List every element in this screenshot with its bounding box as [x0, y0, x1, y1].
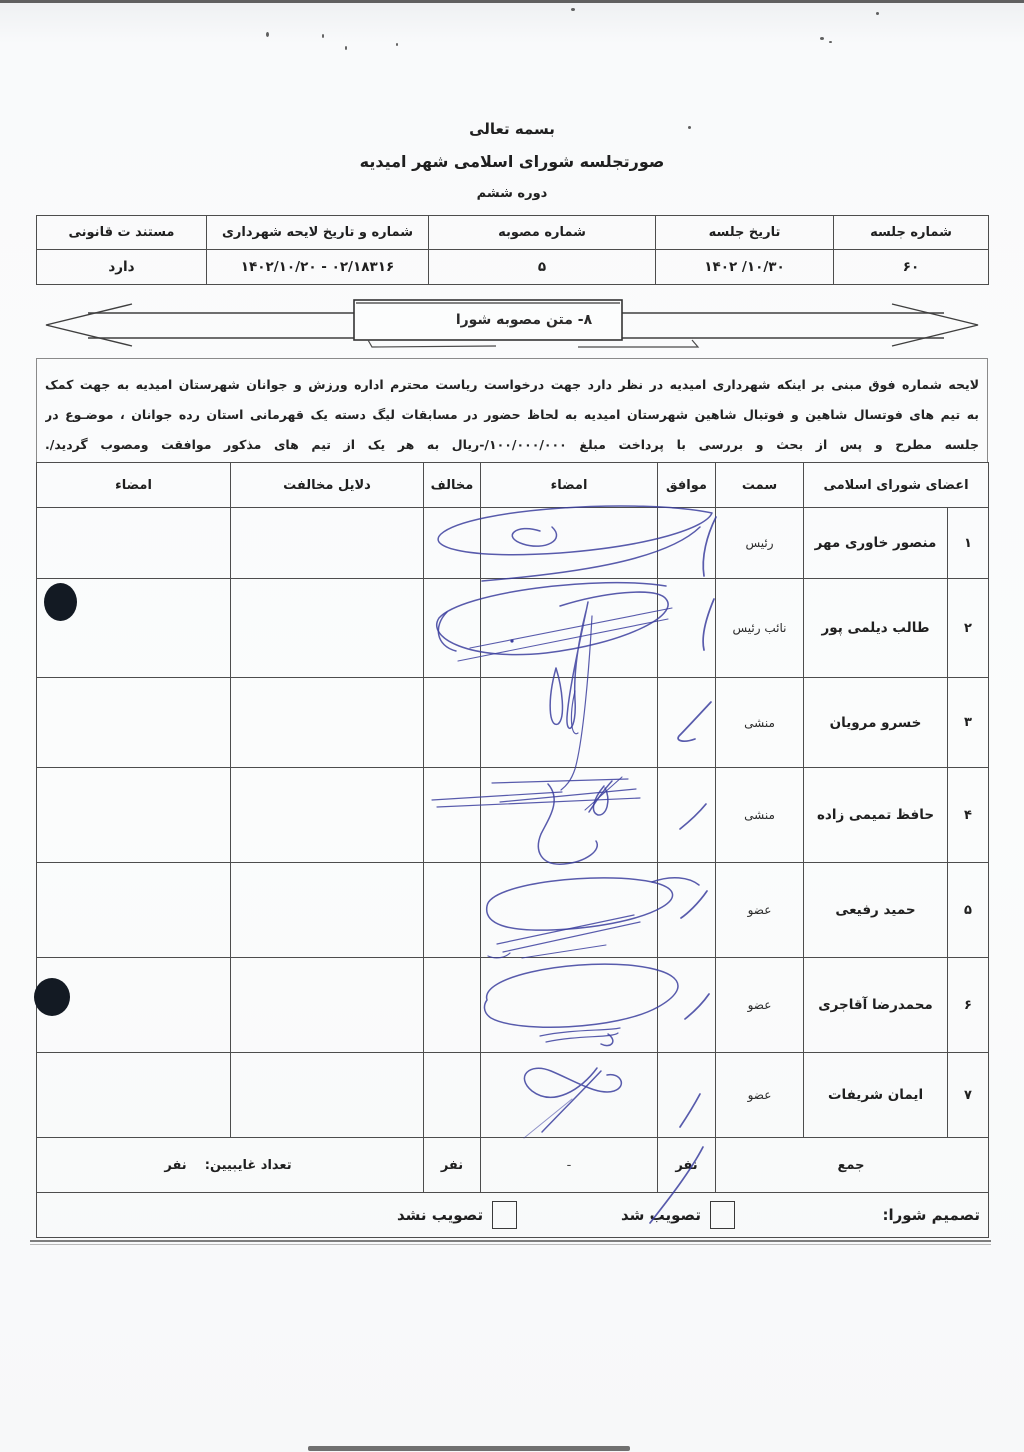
- member-role: عضو: [716, 863, 804, 958]
- member-name: ایمان شریفات: [804, 1053, 948, 1138]
- oppose-cell: [424, 863, 481, 958]
- oppose-reasons-cell: [231, 1053, 424, 1138]
- legal-basis-header: مستند ت قانونی: [37, 216, 207, 250]
- signature-dash: -: [481, 1138, 658, 1193]
- member-number: ۷: [948, 1053, 989, 1138]
- rejected-text: تصویب نشد: [397, 1201, 483, 1229]
- approved-option: تصویب شد: [621, 1201, 735, 1229]
- resolution-number-value: ۵: [429, 250, 656, 285]
- member-row-5: ۵ حمید رفیعی عضو: [37, 863, 989, 958]
- member-role: منشی: [716, 678, 804, 768]
- oppose-reasons-cell: [231, 508, 424, 579]
- member-number: ۲: [948, 579, 989, 678]
- oppose-header: مخالف: [424, 463, 481, 508]
- agree-count: نفر: [658, 1138, 716, 1193]
- rejected-option: تصویب نشد: [397, 1201, 517, 1229]
- agree-cell: [658, 768, 716, 863]
- member-number: ۶: [948, 958, 989, 1053]
- resolution-line-2: به تیم های فوتسال شاهین و فوتبال شاهین ش…: [45, 400, 979, 430]
- member-row-7: ۷ ایمان شریفات عضو: [37, 1053, 989, 1138]
- member-row-4: ۴ حافظ تمیمی زاده منشی: [37, 768, 989, 863]
- member-number: ۵: [948, 863, 989, 958]
- scan-artifact: [571, 8, 575, 11]
- member-role: عضو: [716, 958, 804, 1053]
- document-title: صورتجلسه شورای اسلامی شهر امیدیه: [0, 152, 1024, 171]
- session-date-header: تاریخ جلسه: [656, 216, 834, 250]
- member-row-3: ۳ خسرو مرویان منشی: [37, 678, 989, 768]
- oppose-reasons-cell: [231, 863, 424, 958]
- member-row-2: ۲ طالب دیلمی پور نائب رئیس: [37, 579, 989, 678]
- signature-cell: [481, 579, 658, 678]
- signature-cell: [481, 863, 658, 958]
- agree-cell: [658, 958, 716, 1053]
- oppose-count: نفر: [424, 1138, 481, 1193]
- agree-header: موافق: [658, 463, 716, 508]
- scan-artifact: [820, 37, 824, 40]
- approved-text: تصویب شد: [621, 1201, 701, 1229]
- signature-cell: [481, 1053, 658, 1138]
- punch-hole: [34, 978, 70, 1016]
- signature-header: امضاء: [481, 463, 658, 508]
- table-bottom-rule: [30, 1240, 991, 1242]
- oppose-reasons-cell: [231, 768, 424, 863]
- agree-cell: [658, 508, 716, 579]
- legal-basis-value: دارد: [37, 250, 207, 285]
- member-name: محمدرضا آقاجری: [804, 958, 948, 1053]
- document-subtitle: دوره ششم: [0, 186, 1024, 201]
- signature2-cell: [37, 508, 231, 579]
- signature2-cell: [37, 678, 231, 768]
- role-header: سمت: [716, 463, 804, 508]
- signature-cell: [481, 958, 658, 1053]
- member-name: حافظ تمیمی زاده: [804, 768, 948, 863]
- resolution-line-1: لایحه شماره فوق مبنی بر اینکه شهرداری ام…: [45, 370, 979, 400]
- member-number: ۴: [948, 768, 989, 863]
- member-role: عضو: [716, 1053, 804, 1138]
- resolution-line-3: جلسه مطرح و پس از بحث و بررسی با پرداخت …: [45, 430, 979, 460]
- oppose-cell: [424, 768, 481, 863]
- oppose-cell: [424, 678, 481, 768]
- member-row-1: ۱ منصور خاوری مهر رئیس: [37, 508, 989, 579]
- oppose-cell: [424, 579, 481, 678]
- oppose-reasons-cell: [231, 579, 424, 678]
- signature-cell: [481, 508, 658, 579]
- signature2-cell: [37, 1053, 231, 1138]
- member-role: نائب رئیس: [716, 579, 804, 678]
- oppose-cell: [424, 1053, 481, 1138]
- resolution-number-header: شماره مصوبه: [429, 216, 656, 250]
- summary-label: جمع: [716, 1138, 989, 1193]
- scan-artifact: [829, 41, 832, 43]
- scan-artifact: [876, 12, 879, 15]
- member-name: خسرو مرویان: [804, 678, 948, 768]
- signature-cell: [481, 678, 658, 768]
- member-name: طالب دیلمی پور: [804, 579, 948, 678]
- scan-artifact: [266, 32, 269, 37]
- members-header: اعضای شورای اسلامی: [804, 463, 989, 508]
- banner-title: ۸- متن مصوبه شورا: [390, 301, 658, 339]
- agree-cell: [658, 678, 716, 768]
- rejected-checkbox: [492, 1201, 517, 1229]
- member-number: ۳: [948, 678, 989, 768]
- scanned-document-page: بسمه تعالی صورتجلسه شورای اسلامی شهر امی…: [0, 0, 1024, 1452]
- oppose-reasons-cell: [231, 958, 424, 1053]
- scan-top-edge: [0, 0, 1024, 3]
- oppose-reasons-header: دلایل مخالفت: [231, 463, 424, 508]
- scan-artifact: [322, 34, 324, 38]
- absents-label: تعداد غایبیین: نفر: [37, 1138, 424, 1193]
- member-role: منشی: [716, 768, 804, 863]
- session-date-value: ۱۴۰۲ /۱۰/۳۰: [656, 250, 834, 285]
- scan-artifact: [345, 46, 347, 50]
- agree-cell: [658, 863, 716, 958]
- session-number-header: شماره جلسه: [834, 216, 989, 250]
- member-role: رئیس: [716, 508, 804, 579]
- approved-checkbox: [710, 1201, 735, 1229]
- member-row-6: ۶ محمدرضا آقاجری عضو: [37, 958, 989, 1053]
- oppose-cell: [424, 508, 481, 579]
- summary-row: جمع نفر - نفر تعداد غایبیین: نفر: [37, 1138, 989, 1193]
- agree-cell: [658, 579, 716, 678]
- signature2-cell: [37, 863, 231, 958]
- session-info-table: شماره جلسه تاریخ جلسه شماره مصوبه شماره …: [36, 215, 989, 285]
- punch-hole: [44, 583, 77, 621]
- oppose-reasons-cell: [231, 678, 424, 768]
- scan-artifact: [396, 43, 398, 46]
- decision-row: تصمیم شورا: تصویب شد تصویب نشد: [37, 1193, 989, 1238]
- signature-cell: [481, 768, 658, 863]
- member-name: منصور خاوری مهر: [804, 508, 948, 579]
- signature2-cell: [37, 768, 231, 863]
- member-name: حمید رفیعی: [804, 863, 948, 958]
- scan-bottom-strip: [308, 1446, 630, 1451]
- bill-number-date-value: ۱۴۰۲/۱۰/۲۰ - ۰۲/۱۸۳۱۶: [207, 250, 429, 285]
- members-vote-table: اعضای شورای اسلامی سمت موافق امضاء مخالف…: [36, 462, 989, 1238]
- decision-label: تصمیم شورا:: [883, 1193, 981, 1237]
- bill-number-date-header: شماره و تاریخ لایحه شهرداری: [207, 216, 429, 250]
- bismillah-heading: بسمه تعالی: [0, 120, 1024, 138]
- session-number-value: ۶۰: [834, 250, 989, 285]
- oppose-cell: [424, 958, 481, 1053]
- resolution-text-box: لایحه شماره فوق مبنی بر اینکه شهرداری ام…: [36, 358, 988, 462]
- member-number: ۱: [948, 508, 989, 579]
- table-bottom-rule-shadow: [30, 1244, 991, 1245]
- signature2-header: امضاء: [37, 463, 231, 508]
- agree-cell: [658, 1053, 716, 1138]
